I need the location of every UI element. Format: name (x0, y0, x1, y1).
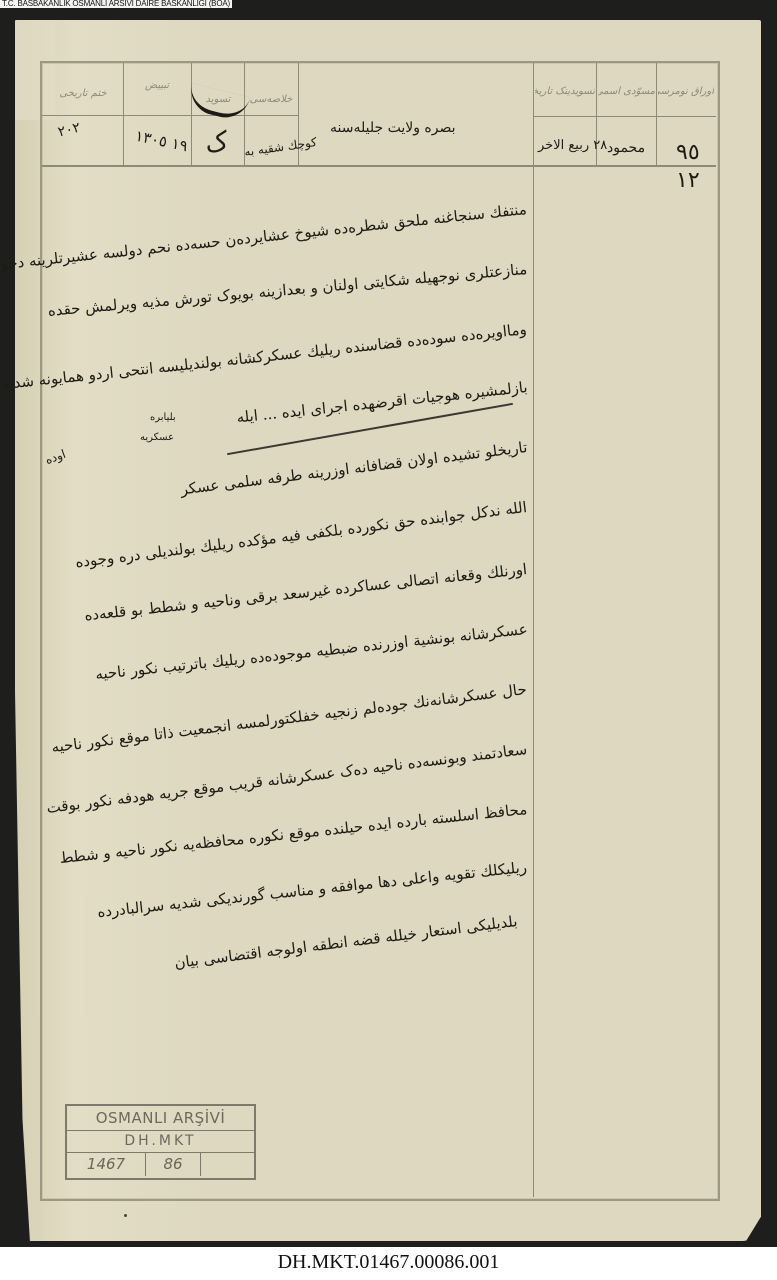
document-reference-code: DH.MKT.01467.00086.001 (0, 1248, 777, 1276)
rule-v-col7 (656, 63, 657, 166)
stamp-number-row: 1467 86 (67, 1152, 254, 1176)
subject-line: بصره ولایت جلیله‌سنه (330, 120, 456, 136)
header-label-drafter-name: مسوّدی اسمی (598, 86, 655, 97)
paper-speck (124, 1214, 127, 1217)
page-number: ١٢ (676, 168, 700, 193)
stamp-shirt-number: 86 (146, 1152, 200, 1176)
value-draft-initial: ک (203, 126, 231, 160)
header-label-fair-copy: تبییض (125, 80, 189, 91)
marginal-note-2: عسكريه (140, 432, 174, 443)
header-label-draft-date: تسویدینک تاریخی (535, 86, 595, 97)
header-label-sheet-number: اوراق نومرسی (658, 86, 714, 97)
rule-h-header-left (42, 115, 298, 116)
marginal-note-3: بلیابره (150, 412, 176, 423)
rule-v-main-divider (533, 63, 534, 1197)
value-draft-date: ٢٨ ربیع الاخر (538, 138, 607, 153)
stamp-archive-title: OSMANLI ARŞİVİ (67, 1106, 254, 1131)
stamp-fond-code: DH.MKT (67, 1130, 254, 1153)
header-label-closing-date: ختم تاریخی (44, 88, 122, 99)
rule-h-header-right (533, 116, 716, 117)
archive-stamp: OSMANLI ARŞİVİ DH.MKT 1467 86 (65, 1104, 256, 1180)
header-label-summary: خلاصه‌سی (246, 94, 296, 105)
stamp-dossier-number: 1467 (67, 1152, 145, 1176)
archive-banner: T.C. BASBAKANLIK OSMANLI ARSIVI DAIRE BA… (0, 0, 232, 8)
stamp-extra-cell (201, 1152, 254, 1176)
rule-h-header-bottom (42, 165, 716, 167)
value-drafter-name: محمود (607, 140, 645, 156)
value-sheet-number: ٩٥ (676, 140, 700, 165)
